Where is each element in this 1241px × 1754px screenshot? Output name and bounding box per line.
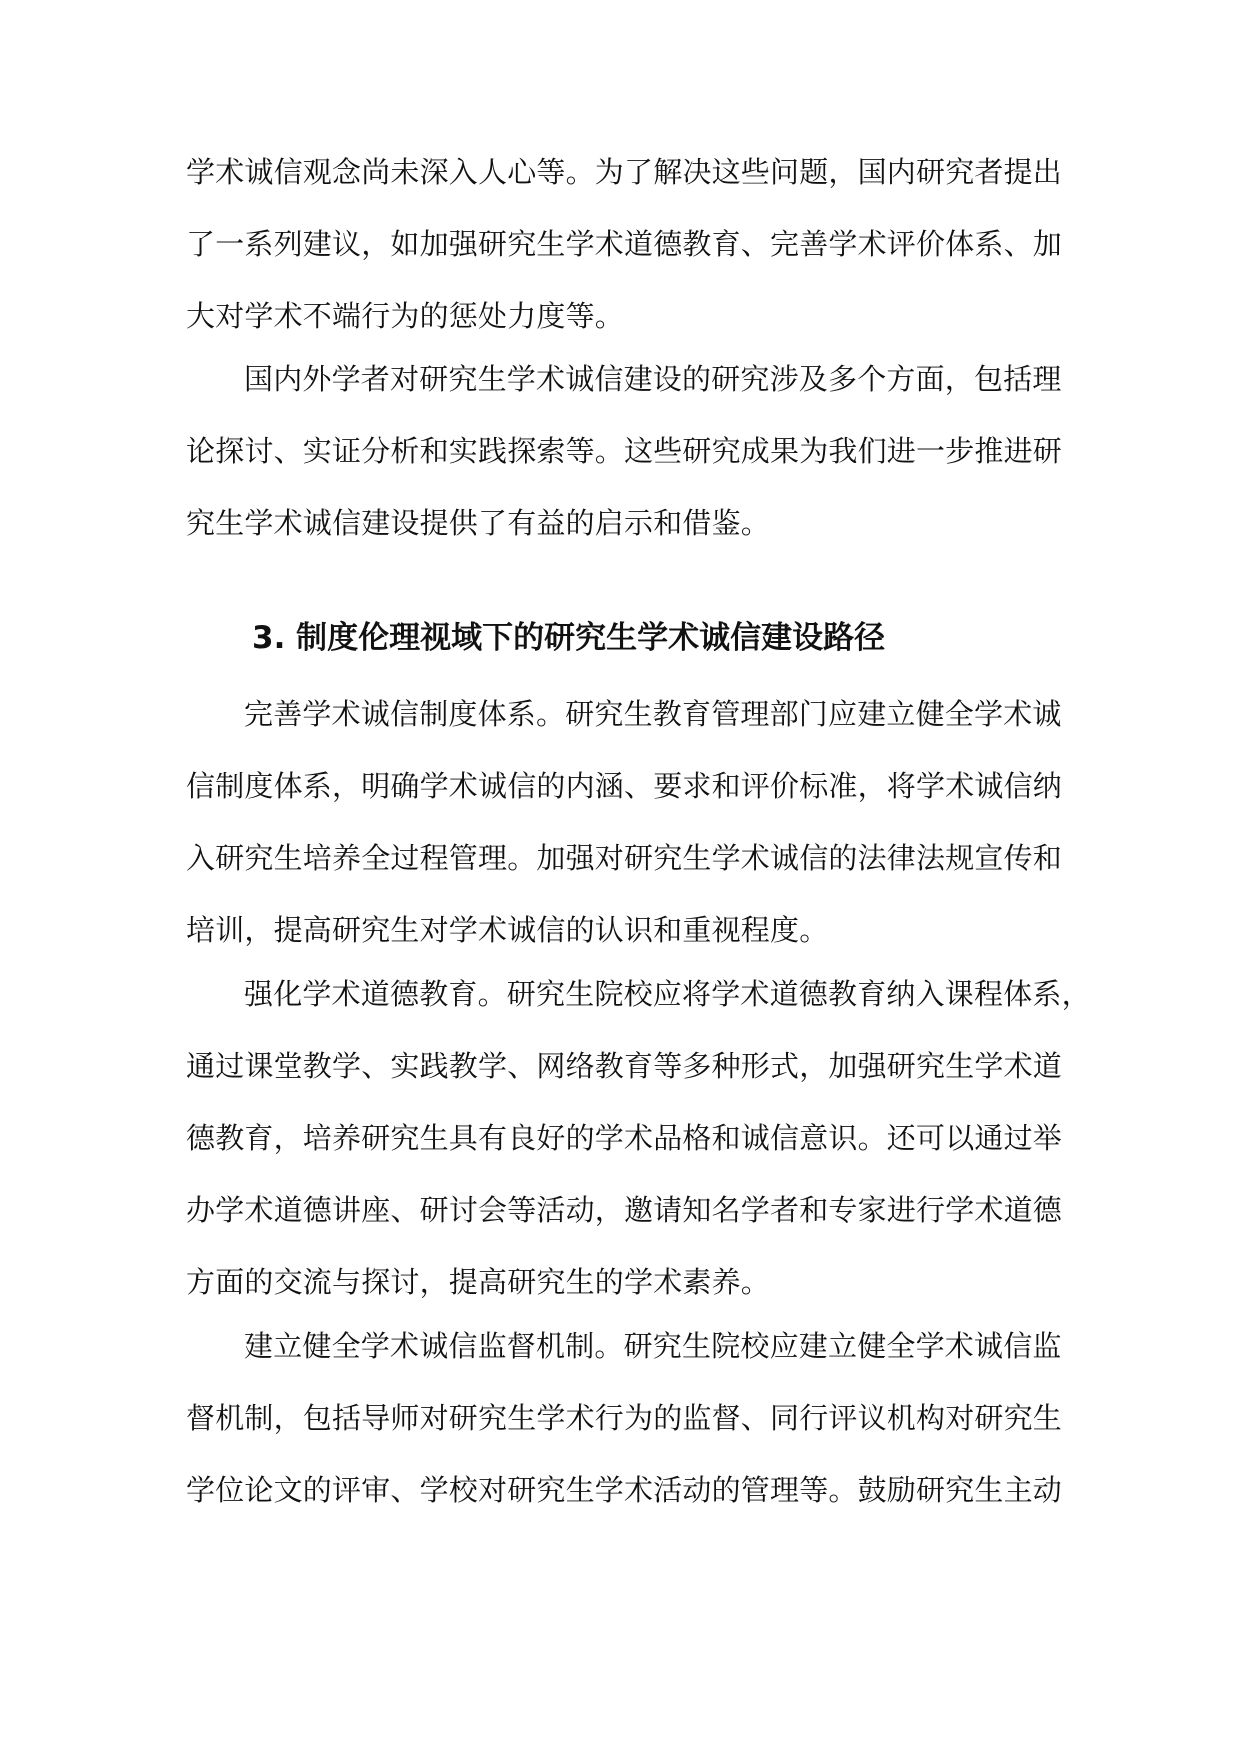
paragraph-line: 办学术道德讲座、研讨会等活动，邀请知名学者和专家进行学术道德 [186, 1186, 1062, 1234]
paragraph-line: 大对学术不端行为的惩处力度等。 [186, 292, 624, 340]
section-heading: 3. 制度伦理视域下的研究生学术诚信建设路径 [252, 614, 885, 662]
paragraph-line: 德教育，培养研究生具有良好的学术品格和诚信意识。还可以通过举 [186, 1114, 1062, 1162]
paragraph-line: 建立健全学术诚信监督机制。研究生院校应建立健全学术诚信监 [244, 1322, 1062, 1370]
paragraph-line: 了一系列建议，如加强研究生学术道德教育、完善学术评价体系、加 [186, 220, 1062, 268]
paragraph-line: 完善学术诚信制度体系。研究生教育管理部门应建立健全学术诚 [244, 690, 1062, 738]
paragraph-line: 学术诚信观念尚未深入人心等。为了解决这些问题，国内研究者提出 [186, 148, 1062, 196]
paragraph-line: 学位论文的评审、学校对研究生学术活动的管理等。鼓励研究生主动 [186, 1466, 1062, 1514]
paragraph-line: 通过课堂教学、实践教学、网络教育等多种形式，加强研究生学术道 [186, 1042, 1062, 1090]
paragraph-line: 方面的交流与探讨，提高研究生的学术素养。 [186, 1258, 770, 1306]
paragraph-line: 入研究生培养全过程管理。加强对研究生学术诚信的法律法规宣传和 [186, 834, 1062, 882]
paragraph-line: 督机制，包括导师对研究生学术行为的监督、同行评议机构对研究生 [186, 1394, 1062, 1442]
paragraph-line: 信制度体系，明确学术诚信的内涵、要求和评价标准，将学术诚信纳 [186, 762, 1062, 810]
paragraph-line: 究生学术诚信建设提供了有益的启示和借鉴。 [186, 499, 770, 547]
paragraph-line: 培训，提高研究生对学术诚信的认识和重视程度。 [186, 906, 828, 954]
paragraph-line: 强化学术道德教育。研究生院校应将学术道德教育纳入课程体系， [244, 970, 1091, 1018]
paragraph-line: 论探讨、实证分析和实践探索等。这些研究成果为我们进一步推进研 [186, 427, 1062, 475]
paragraph-line: 国内外学者对研究生学术诚信建设的研究涉及多个方面，包括理 [244, 355, 1062, 403]
